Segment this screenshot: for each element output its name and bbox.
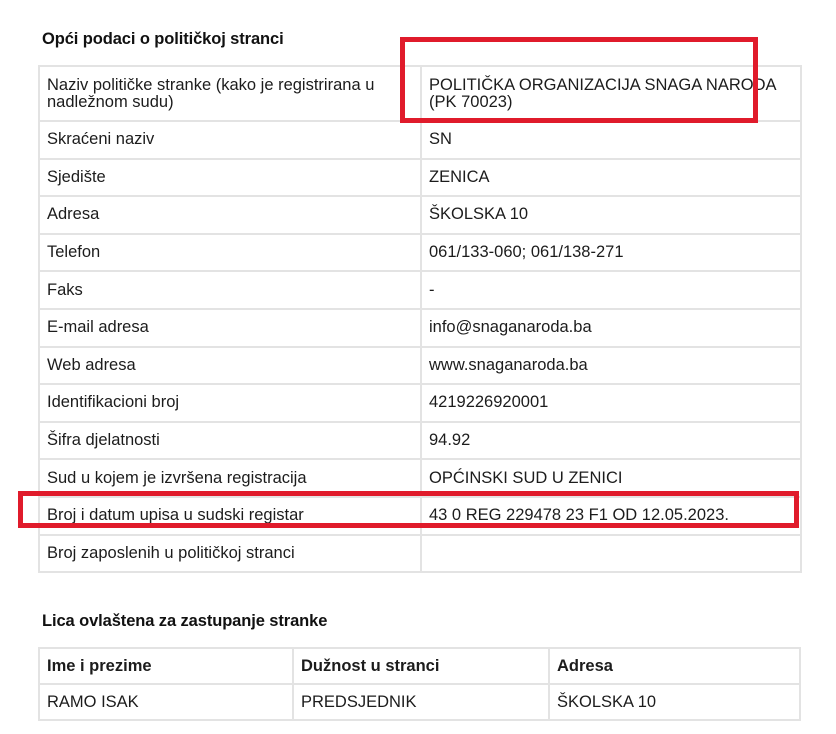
row-value-email: info@snaganaroda.ba — [421, 309, 801, 347]
table-row: Faks - — [39, 271, 801, 309]
cell-name: RAMO ISAK — [39, 684, 293, 720]
row-label: Faks — [39, 271, 421, 309]
row-value: 061/133-060; 061/138-271 — [421, 234, 801, 272]
column-header-address: Adresa — [549, 648, 800, 684]
column-header-role: Dužnost u stranci — [293, 648, 549, 684]
table-row: Identifikacioni broj 4219226920001 — [39, 384, 801, 422]
row-value: ZENICA — [421, 159, 801, 197]
row-label: Šifra djelatnosti — [39, 422, 421, 460]
section-title-representatives: Lica ovlaštena za zastupanje stranke — [42, 612, 327, 631]
row-value: 4219226920001 — [421, 384, 801, 422]
table-row: Broj i datum upisa u sudski registar 43 … — [39, 497, 801, 535]
row-label: Naziv političke stranke (kako je registr… — [39, 66, 421, 121]
table-header-row: Ime i prezime Dužnost u stranci Adresa — [39, 648, 800, 684]
representatives-table: Ime i prezime Dužnost u stranci Adresa R… — [38, 647, 801, 721]
table-row: Broj zaposlenih u političkoj stranci — [39, 535, 801, 573]
table-row: RAMO ISAK PREDSJEDNIK ŠKOLSKA 10 — [39, 684, 800, 720]
table-row: Skraćeni naziv SN — [39, 121, 801, 159]
row-value: POLITIČKA ORGANIZACIJA SNAGA NARODA (PK … — [421, 66, 801, 121]
row-value: ŠKOLSKA 10 — [421, 196, 801, 234]
row-label: Telefon — [39, 234, 421, 272]
row-label: Skraćeni naziv — [39, 121, 421, 159]
row-value: 94.92 — [421, 422, 801, 460]
column-header-name: Ime i prezime — [39, 648, 293, 684]
table-row: Sjedište ZENICA — [39, 159, 801, 197]
table-row: Telefon 061/133-060; 061/138-271 — [39, 234, 801, 272]
row-value: 43 0 REG 229478 23 F1 OD 12.05.2023. — [421, 497, 801, 535]
row-value: OPĆINSKI SUD U ZENICI — [421, 459, 801, 497]
row-label: Sud u kojem je izvršena registracija — [39, 459, 421, 497]
row-label: Sjedište — [39, 159, 421, 197]
row-label: Adresa — [39, 196, 421, 234]
row-label: Broj i datum upisa u sudski registar — [39, 497, 421, 535]
row-value: SN — [421, 121, 801, 159]
table-row: Adresa ŠKOLSKA 10 — [39, 196, 801, 234]
row-label: E-mail adresa — [39, 309, 421, 347]
cell-role: PREDSJEDNIK — [293, 684, 549, 720]
table-row: Šifra djelatnosti 94.92 — [39, 422, 801, 460]
general-info-table: Naziv političke stranke (kako je registr… — [38, 65, 802, 573]
row-label: Broj zaposlenih u političkoj stranci — [39, 535, 421, 573]
table-row: Naziv političke stranke (kako je registr… — [39, 66, 801, 121]
row-value: - — [421, 271, 801, 309]
table-row: Web adresa www.snaganaroda.ba — [39, 347, 801, 385]
cell-address: ŠKOLSKA 10 — [549, 684, 800, 720]
section-title-general-info: Opći podaci o političkoj stranci — [42, 30, 284, 49]
row-value — [421, 535, 801, 573]
table-row: Sud u kojem je izvršena registracija OPĆ… — [39, 459, 801, 497]
table-row: E-mail adresa info@snaganaroda.ba — [39, 309, 801, 347]
row-label: Web adresa — [39, 347, 421, 385]
row-value-web: www.snaganaroda.ba — [421, 347, 801, 385]
row-label: Identifikacioni broj — [39, 384, 421, 422]
